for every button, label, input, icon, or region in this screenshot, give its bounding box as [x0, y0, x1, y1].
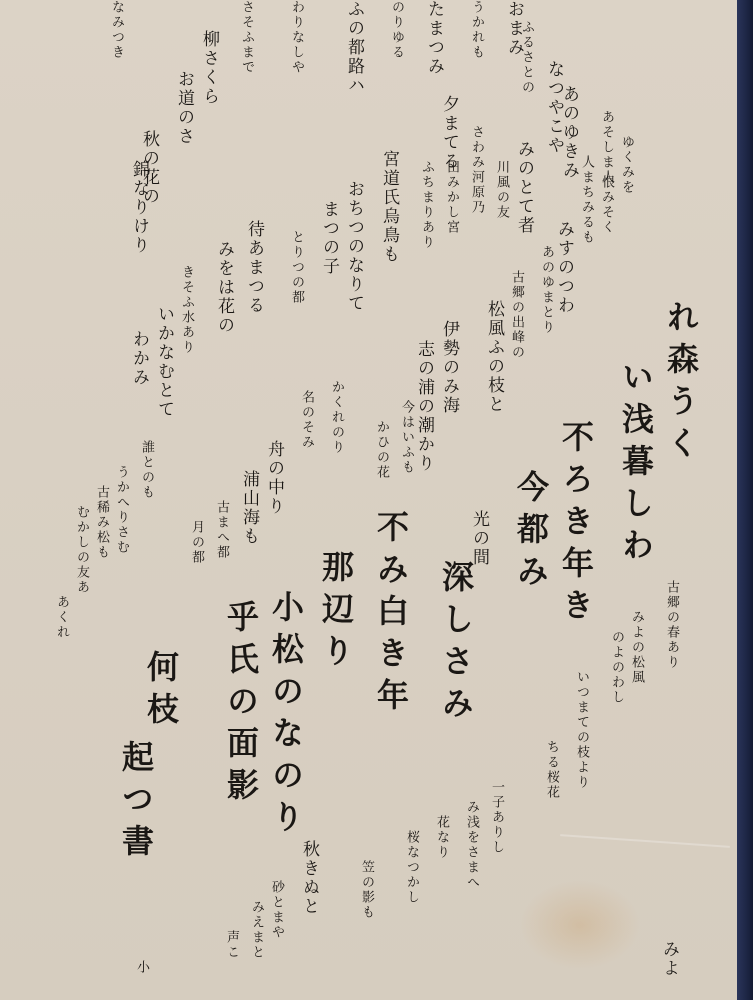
- calligraphy-column: 花なり: [435, 815, 448, 860]
- calligraphy-column: あくれ: [55, 595, 68, 640]
- calligraphy-column: 宮道氏烏鳥も: [380, 150, 397, 264]
- calligraphy-column: きそふ水あり: [180, 265, 193, 355]
- calligraphy-column: とりつの都: [290, 230, 303, 305]
- calligraphy-column: い浅暮しわ: [620, 360, 652, 570]
- calligraphy-column: 伊勢のみ海: [440, 320, 457, 415]
- calligraphy-column: 桜なつかし: [405, 830, 418, 905]
- calligraphy-column: 柳さくら: [200, 30, 217, 106]
- calligraphy-column: 恨みそく: [600, 175, 613, 235]
- calligraphy-column: いかなむとて: [155, 305, 172, 419]
- calligraphy-column: みよ: [660, 940, 677, 978]
- calligraphy-column: 乎氏の面影: [225, 600, 257, 810]
- calligraphy-column: みえまと: [250, 900, 263, 960]
- calligraphy-column: わかみ: [130, 330, 147, 387]
- calligraphy-column: のよのわし: [610, 630, 623, 705]
- calligraphy-column: あのゆきみ: [560, 85, 577, 180]
- calligraphy-column: 声こ: [225, 930, 238, 960]
- calligraphy-column: うかへりさむ: [115, 465, 128, 555]
- calligraphy-column: 古郷の出峰の: [510, 270, 523, 360]
- calligraphy-column: 錦なりけり: [130, 160, 147, 255]
- calligraphy-column: 光の間: [470, 510, 487, 567]
- calligraphy-column: わりなしや: [290, 0, 303, 75]
- calligraphy-column: 名のそみ: [300, 390, 313, 450]
- calligraphy-column: かひの花: [375, 420, 388, 480]
- calligraphy-column: 松風ふの枝と: [485, 300, 502, 414]
- calligraphy-column: 浦山海も: [240, 470, 257, 546]
- calligraphy-column: 今はいふも: [400, 400, 413, 475]
- calligraphy-column: むかしの友あ: [75, 505, 88, 595]
- calligraphy-column: たまつみ: [425, 0, 442, 76]
- calligraphy-column: 待あまつる: [245, 220, 262, 315]
- calligraphy-column: ふるさとの: [520, 20, 533, 95]
- calligraphy-column: 一子ありし: [490, 780, 503, 855]
- navy-mount-border: [737, 0, 753, 1000]
- calligraphy-column: 秋きぬと: [300, 840, 317, 916]
- calligraphy-column: れ森うく: [665, 300, 697, 468]
- calligraphy-column: 月の都: [190, 520, 203, 565]
- calligraphy-column: おちつのなりて: [345, 180, 362, 313]
- calligraphy-column: 不ろき年き: [560, 420, 592, 630]
- calligraphy-column: さそふまで: [240, 0, 253, 75]
- calligraphy-column: さわみ河原乃: [470, 125, 483, 215]
- calligraphy-column: 深しさみ: [440, 560, 472, 728]
- calligraphy-column: 那辺り: [320, 550, 352, 676]
- calligraphy-column: 古郷の春あり: [665, 580, 678, 670]
- calligraphy-column: 川風の友: [495, 160, 508, 220]
- calligraphy-column: 田みかし宮: [445, 160, 458, 235]
- calligraphy-column: 不み白き年: [375, 510, 407, 720]
- calligraphy-column: みのとて者: [515, 140, 532, 235]
- calligraphy-column: 舟の中り: [265, 440, 282, 516]
- calligraphy-column: 人まちみるも: [580, 155, 593, 245]
- calligraphy-column: みをは花の: [215, 240, 232, 335]
- calligraphy-column: のりゆる: [390, 0, 403, 60]
- calligraphy-column: ゆくみを: [620, 135, 633, 195]
- calligraphy-column: ちる桜花: [545, 740, 558, 800]
- calligraphy-column: あのゆまとり: [540, 245, 553, 335]
- calligraphy-column: みすのつわ: [555, 220, 572, 315]
- calligraphy-column: 何枝: [145, 650, 177, 734]
- calligraphy-column: 小: [135, 960, 148, 975]
- water-stain: [520, 880, 640, 970]
- calligraphy-column: ふの都路ハ: [345, 0, 362, 95]
- calligraphy-column: 砂とまや: [270, 880, 283, 940]
- calligraphy-column: なみつき: [110, 0, 123, 60]
- calligraphy-column: お道のさ: [175, 70, 192, 146]
- calligraphy-column: うかれも: [470, 0, 483, 60]
- calligraphy-column: 古まへ都: [215, 500, 228, 560]
- calligraphy-column: ふちまりあり: [420, 160, 433, 250]
- calligraphy-column: かくれのり: [330, 380, 343, 455]
- calligraphy-column: いつまての枝より: [575, 670, 588, 790]
- calligraphy-column: まつの子: [320, 200, 337, 276]
- calligraphy-column: 古稀み松も: [95, 485, 108, 560]
- calligraphy-column: み浅をさまへ: [465, 800, 478, 890]
- calligraphy-column: 今都み: [515, 470, 547, 596]
- calligraphy-column: みよの松風: [630, 610, 643, 685]
- calligraphy-column: あそしま人: [600, 110, 613, 185]
- calligraphy-column: 笠の影も: [360, 860, 373, 920]
- calligraphy-column: 起つ書: [120, 740, 152, 866]
- calligraphy-column: 誰とのも: [140, 440, 153, 500]
- calligraphy-column: 志の浦の潮かり: [415, 340, 432, 473]
- calligraphy-column: 小松のなのり: [270, 590, 302, 842]
